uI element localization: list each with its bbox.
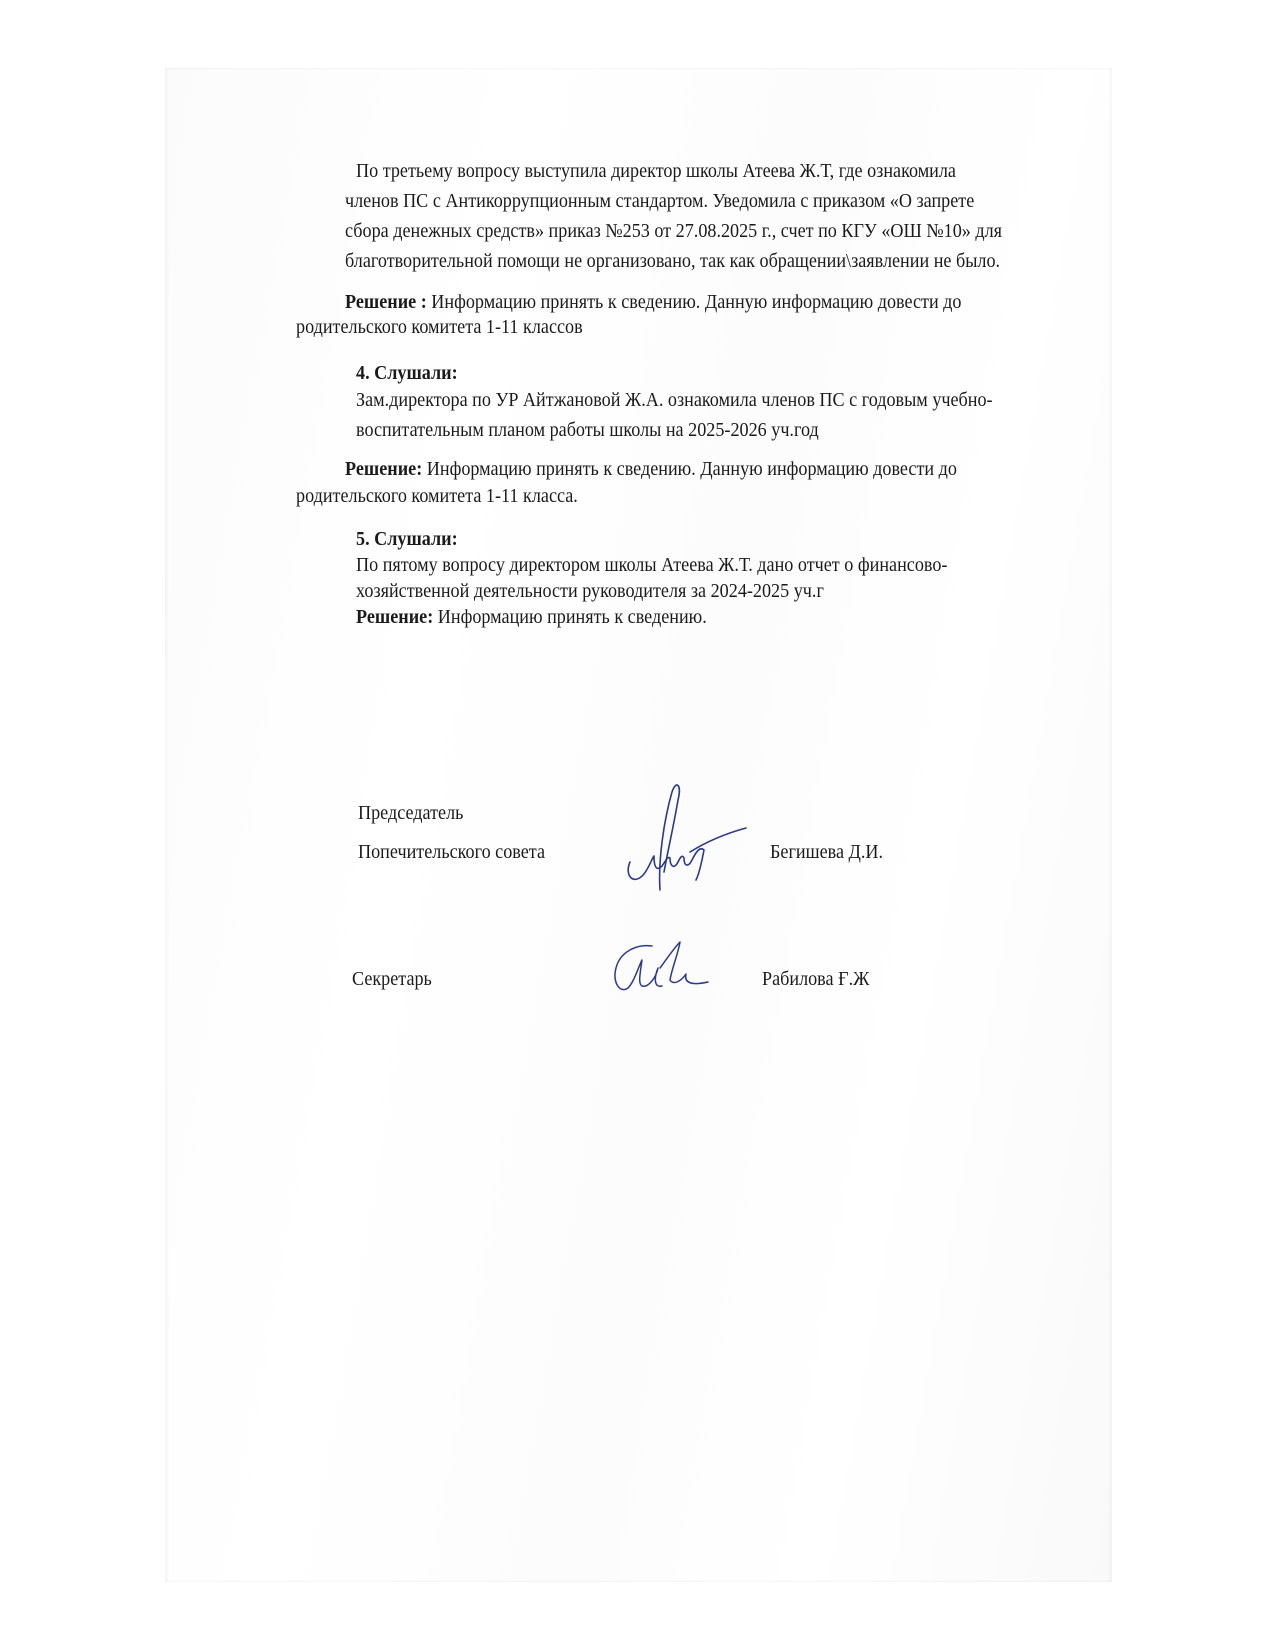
chairman-signature-icon [620,780,750,900]
decision-label: Решение: [356,607,433,628]
decision-text: Информацию принять к сведению. Данную ин… [427,292,962,313]
item3-decision: Решение : Информацию принять к сведению.… [345,291,961,315]
decision-label: Решение : [345,292,427,313]
item4-decision-line-2: родительского комитета 1-11 класса. [296,485,578,509]
document-page: По третьему вопросу выступила директор ш… [0,0,1275,1650]
decision-text: Информацию принять к сведению. [433,607,707,628]
item4-heading: 4. Слушали: [356,362,458,386]
item3-paragraph-line-2: членов ПС с Антикоррупционным стандартом… [345,190,974,214]
item5-decision: Решение: Информацию принять к сведению. [356,606,707,630]
decision-label: Решение: [345,459,422,480]
item3-decision-line-2: родительского комитета 1-11 классов [296,316,583,340]
item3-paragraph-line-4: благотворительной помощи не организовано… [345,250,1000,274]
item5-paragraph-line-2: хозяйственной деятельности руководителя … [356,580,824,604]
item5-paragraph-line-1: По пятому вопросу директором школы Атеев… [356,554,947,578]
item3-paragraph-line-1: По третьему вопросу выступила директор ш… [356,160,956,184]
decision-text: Информацию принять к сведению. Данную ин… [422,459,957,480]
item4-paragraph-line-2: воспитательным планом работы школы на 20… [356,419,819,443]
secretary-title: Секретарь [352,968,432,992]
item4-paragraph-line-1: Зам.директора по УР Айтжановой Ж.А. озна… [356,389,993,413]
item3-paragraph-line-3: сбора денежных средств» приказ №253 от 2… [345,220,1002,244]
chairman-title-line-1: Председатель [358,802,463,826]
secretary-name: Рабилова Ғ.Ж [762,968,869,992]
item5-heading: 5. Слушали: [356,528,458,552]
secretary-signature-icon [612,938,712,998]
item4-decision: Решение: Информацию принять к сведению. … [345,458,957,482]
chairman-title-line-2: Попечительского совета [358,841,545,865]
chairman-name: Бегишева Д.И. [770,841,883,865]
